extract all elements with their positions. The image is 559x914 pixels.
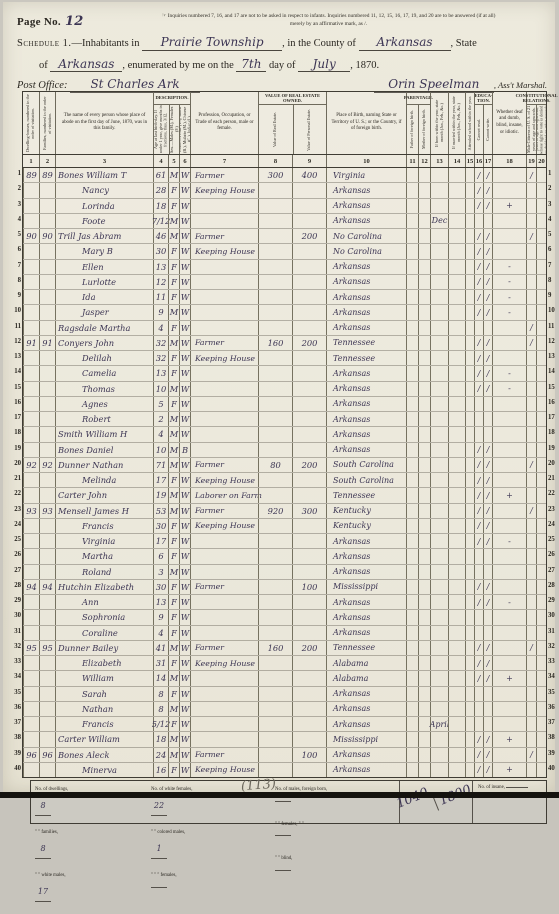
census-row: 34William14MWAlabama//+34 <box>23 671 546 686</box>
line-number-right: 38 <box>548 734 558 741</box>
married-month <box>448 305 465 319</box>
person-name: Dunner Bailey <box>55 641 153 655</box>
deaf-dumb-mark <box>492 687 526 701</box>
born-month <box>430 321 448 335</box>
line-number-right: 21 <box>548 475 558 482</box>
dwelling-number <box>23 214 39 228</box>
column-header-6: Color.—White (W.), Black (B.), Mulatto (… <box>179 105 190 154</box>
census-row: 17Robert2MWArkansas17 <box>23 412 546 427</box>
column-number: 3 <box>55 155 153 167</box>
line-number-left: 10 <box>12 307 21 314</box>
sex: M <box>168 412 179 426</box>
deaf-dumb-mark: - <box>492 595 526 609</box>
column-header-label: Cannot read. <box>477 119 482 140</box>
mother-foreign-mark <box>418 717 430 731</box>
dwelling-number <box>23 443 39 457</box>
age: 53 <box>153 504 168 518</box>
real-estate-value <box>258 443 292 457</box>
male-citizen-mark <box>526 382 536 396</box>
real-estate-value <box>258 260 292 274</box>
column-header-17: Cannot write. <box>483 105 492 154</box>
birthplace: Arkansas <box>326 626 406 640</box>
census-row: 16Agnes5FWArkansas16 <box>23 397 546 412</box>
deaf-dumb-mark <box>492 244 526 258</box>
deaf-dumb-mark <box>492 397 526 411</box>
color: W <box>179 656 190 670</box>
cannot-write-mark: / <box>483 351 492 365</box>
line-number-right: 35 <box>548 689 558 696</box>
line-number-left: 12 <box>12 338 21 345</box>
family-number <box>39 732 55 746</box>
birthplace: Arkansas <box>326 214 406 228</box>
real-estate-value <box>258 626 292 640</box>
census-row: 4Foote7/12MWArkansasDec4 <box>23 214 546 229</box>
personal-estate-value <box>292 412 326 426</box>
cannot-write-mark: / <box>483 443 492 457</box>
birthplace: Arkansas <box>326 443 406 457</box>
male-citizen-mark <box>526 519 536 533</box>
line-number-right: 29 <box>548 597 558 604</box>
person-name: Nathan <box>55 702 153 716</box>
age: 10 <box>153 382 168 396</box>
married-month <box>448 580 465 594</box>
school-mark <box>465 290 474 304</box>
census-row: 13Delilah32FWKeeping HouseTennessee//13 <box>23 351 546 366</box>
marshal-title: , Ass't Marshal. <box>494 80 547 90</box>
cannot-read-mark <box>474 702 483 716</box>
color: W <box>179 458 190 472</box>
person-name: Lurlotte <box>55 275 153 289</box>
column-header-label: Profession, Occupation, or Trade of each… <box>191 112 258 134</box>
father-foreign-mark <box>406 443 418 457</box>
family-number <box>39 610 55 624</box>
cannot-read-mark: / <box>474 488 483 502</box>
born-month <box>430 671 448 685</box>
born-month <box>430 763 448 777</box>
vote-denied-mark <box>536 549 546 563</box>
age: 8 <box>153 687 168 701</box>
married-month <box>448 427 465 441</box>
school-mark <box>465 412 474 426</box>
deaf-dumb-mark: + <box>492 763 526 777</box>
personal-estate-value <box>292 626 326 640</box>
father-foreign-mark <box>406 244 418 258</box>
family-number <box>39 321 55 335</box>
occupation: Farmer <box>190 458 258 472</box>
school-mark <box>465 488 474 502</box>
vote-denied-mark <box>536 290 546 304</box>
sex: M <box>168 732 179 746</box>
dwelling-number <box>23 687 39 701</box>
occupation: Keeping House <box>190 244 258 258</box>
deaf-dumb-mark <box>492 168 526 182</box>
male-citizen-mark <box>526 290 536 304</box>
column-header-20: Male Citizens of U. S. of 21 years of ag… <box>536 105 546 154</box>
born-month <box>430 366 448 380</box>
personal-estate-value <box>292 321 326 335</box>
census-row: 24Francis30FWKeeping HouseKentucky//24 <box>23 519 546 534</box>
dwelling-number <box>23 732 39 746</box>
column-group-label: PARENTAGE. <box>407 92 430 105</box>
cannot-read-mark: / <box>474 458 483 472</box>
age: 17 <box>153 534 168 548</box>
birthplace: Alabama <box>326 656 406 670</box>
married-month <box>448 443 465 457</box>
cannot-write-mark: / <box>483 275 492 289</box>
person-name: Thomas <box>55 382 153 396</box>
married-month <box>448 397 465 411</box>
dwelling-number <box>23 763 39 777</box>
real-estate-value <box>258 275 292 289</box>
father-foreign-mark <box>406 183 418 197</box>
cannot-read-mark <box>474 717 483 731</box>
occupation <box>190 671 258 685</box>
personal-estate-value <box>292 427 326 441</box>
color: W <box>179 748 190 762</box>
age: 9 <box>153 305 168 319</box>
page-number-line: Page No.12 <box>17 14 84 29</box>
cannot-read-mark: / <box>474 748 483 762</box>
line-number-left: 40 <box>12 765 21 772</box>
school-mark <box>465 351 474 365</box>
line-number-right: 34 <box>548 673 558 680</box>
vote-denied-mark <box>536 763 546 777</box>
line-number-right: 27 <box>548 567 558 574</box>
column-number: 17 <box>483 155 492 167</box>
born-month <box>430 565 448 579</box>
male-citizen-mark <box>526 549 536 563</box>
census-row: 209292Dunner Nathan71MWFarmer80200South … <box>23 458 546 473</box>
color: W <box>179 671 190 685</box>
cannot-write-mark: / <box>483 244 492 258</box>
column-header-label: Whether deaf and dumb, blind, insane, or… <box>493 109 526 137</box>
birthplace: Arkansas <box>326 199 406 213</box>
column-header-label: Place of Birth, naming State or Territor… <box>327 112 406 134</box>
sex: F <box>168 549 179 563</box>
line-number-left: 25 <box>12 536 21 543</box>
birthplace: Arkansas <box>326 595 406 609</box>
real-estate-value <box>258 565 292 579</box>
mother-foreign-mark <box>418 473 430 487</box>
born-month <box>430 702 448 716</box>
cannot-read-mark: / <box>474 275 483 289</box>
father-foreign-mark <box>406 412 418 426</box>
occupation <box>190 702 258 716</box>
color: W <box>179 473 190 487</box>
age: 46 <box>153 229 168 243</box>
family-number <box>39 260 55 274</box>
line-number-right: 9 <box>548 292 558 299</box>
age: 41 <box>153 641 168 655</box>
father-foreign-mark <box>406 473 418 487</box>
personal-estate-value <box>292 549 326 563</box>
dwelling-number: 94 <box>23 580 39 594</box>
note-line1: ☞ Inquiries numbered 7, 16, and 17 are n… <box>162 13 496 19</box>
school-mark <box>465 671 474 685</box>
married-month <box>448 244 465 258</box>
family-number <box>39 519 55 533</box>
line-number-right: 14 <box>548 368 558 375</box>
cannot-read-mark: / <box>474 671 483 685</box>
personal-estate-value <box>292 656 326 670</box>
birthplace: Arkansas <box>326 687 406 701</box>
column-number: 11 <box>406 155 418 167</box>
person-name: Nancy <box>55 183 153 197</box>
color: W <box>179 412 190 426</box>
vote-denied-mark <box>536 214 546 228</box>
school-mark <box>465 443 474 457</box>
line-number-right: 33 <box>548 658 558 665</box>
color: W <box>179 168 190 182</box>
mother-foreign-mark <box>418 610 430 624</box>
column-number: 16 <box>474 155 483 167</box>
born-month <box>430 412 448 426</box>
personal-estate-value <box>292 595 326 609</box>
mother-foreign-mark <box>418 519 430 533</box>
vote-denied-mark <box>536 305 546 319</box>
vote-denied-mark <box>536 565 546 579</box>
cannot-write-mark <box>483 397 492 411</box>
age: 4 <box>153 626 168 640</box>
family-number: 95 <box>39 641 55 655</box>
cannot-read-mark: / <box>474 595 483 609</box>
column-header-label: Dwelling-houses, numbered in the order o… <box>26 94 36 152</box>
state-value: Arkansas <box>58 57 114 71</box>
census-row: 15Thomas10MWArkansas//-15 <box>23 382 546 397</box>
cannot-read-mark: / <box>474 229 483 243</box>
birthplace: Tennessee <box>326 351 406 365</box>
married-month <box>448 549 465 563</box>
school-mark <box>465 595 474 609</box>
line-number-left: 30 <box>12 612 21 619</box>
dwelling-number: 95 <box>23 641 39 655</box>
column-number: 1 <box>23 155 39 167</box>
father-foreign-mark <box>406 687 418 701</box>
census-table: Dwelling-houses, numbered in the order o… <box>11 91 559 800</box>
column-number: 12 <box>418 155 430 167</box>
married-month <box>448 595 465 609</box>
father-foreign-mark <box>406 671 418 685</box>
person-name: Melinda <box>55 473 153 487</box>
person-name: Hutchin Elizabeth <box>55 580 153 594</box>
occupation <box>190 534 258 548</box>
birthplace: Arkansas <box>326 183 406 197</box>
sex: F <box>168 595 179 609</box>
deaf-dumb-mark <box>492 702 526 716</box>
occupation: Farmer <box>190 229 258 243</box>
column-number: 8 <box>258 155 292 167</box>
column-number: 13 <box>430 155 448 167</box>
birthplace: Mississippi <box>326 580 406 594</box>
dwelling-number <box>23 717 39 731</box>
person-name: Elizabeth <box>55 656 153 670</box>
real-estate-value <box>258 290 292 304</box>
birthplace: Arkansas <box>326 412 406 426</box>
census-row: 38Carter William18MWMississippi//+38 <box>23 732 546 747</box>
married-month <box>448 214 465 228</box>
family-number <box>39 763 55 777</box>
born-month <box>430 656 448 670</box>
cannot-read-mark <box>474 427 483 441</box>
occupation <box>190 732 258 746</box>
age: 17 <box>153 473 168 487</box>
deaf-dumb-mark: - <box>492 275 526 289</box>
age: 18 <box>153 732 168 746</box>
family-number <box>39 717 55 731</box>
occupation: Keeping House <box>190 519 258 533</box>
cannot-read-mark: / <box>474 382 483 396</box>
married-month <box>448 290 465 304</box>
column-header-10: Place of Birth, naming State or Territor… <box>326 92 406 154</box>
color: B <box>179 443 190 457</box>
cannot-write-mark: / <box>483 763 492 777</box>
cannot-write-mark: / <box>483 519 492 533</box>
sex: F <box>168 656 179 670</box>
color: W <box>179 305 190 319</box>
mother-foreign-mark <box>418 702 430 716</box>
cannot-write-mark: / <box>483 641 492 655</box>
deaf-dumb-mark <box>492 427 526 441</box>
line-number-right: 20 <box>548 460 558 467</box>
vote-denied-mark <box>536 183 546 197</box>
mother-foreign-mark <box>418 443 430 457</box>
person-name: Ida <box>55 290 153 304</box>
born-month <box>430 168 448 182</box>
father-foreign-mark <box>406 305 418 319</box>
cannot-read-mark: / <box>474 641 483 655</box>
family-number <box>39 687 55 701</box>
mother-foreign-mark <box>418 641 430 655</box>
birthplace: Arkansas <box>326 717 406 731</box>
color: W <box>179 626 190 640</box>
column-header-11: Father of foreign birth. <box>407 105 418 154</box>
born-month <box>430 382 448 396</box>
married-month <box>448 519 465 533</box>
father-foreign-mark <box>406 260 418 274</box>
deaf-dumb-mark <box>492 458 526 472</box>
line-number-left: 5 <box>12 231 21 238</box>
father-foreign-mark <box>406 458 418 472</box>
occupation: Farmer <box>190 580 258 594</box>
deaf-dumb-mark <box>492 504 526 518</box>
vote-denied-mark <box>536 641 546 655</box>
married-month <box>448 275 465 289</box>
line-number-left: 29 <box>12 597 21 604</box>
age: 19 <box>153 488 168 502</box>
census-row: 40Minerva16FWKeeping HouseArkansas//+40 <box>23 763 546 777</box>
real-estate-value: 920 <box>258 504 292 518</box>
schedule-text: , State <box>451 38 477 49</box>
line-number-right: 22 <box>548 490 558 497</box>
mother-foreign-mark <box>418 687 430 701</box>
school-mark <box>465 321 474 335</box>
personal-estate-value <box>292 732 326 746</box>
male-citizen-mark <box>526 397 536 411</box>
line-number-left: 22 <box>12 490 21 497</box>
birthplace: Arkansas <box>326 702 406 716</box>
father-foreign-mark <box>406 656 418 670</box>
real-estate-value <box>258 199 292 213</box>
line-number-left: 9 <box>12 292 21 299</box>
cannot-read-mark: / <box>474 366 483 380</box>
schedule-line: Schedule 1.—Inhabitants in Prairie Towns… <box>17 36 547 93</box>
census-row: 18Smith William H4MWArkansas18 <box>23 427 546 442</box>
family-number <box>39 382 55 396</box>
school-mark <box>465 183 474 197</box>
personal-estate-value: 300 <box>292 504 326 518</box>
column-header-label: Age at last birth-day. If under 1 year, … <box>154 105 168 154</box>
family-number <box>39 488 55 502</box>
census-row: 31Coraline4FWArkansas31 <box>23 626 546 641</box>
male-citizen-mark <box>526 671 536 685</box>
real-estate-value <box>258 687 292 701</box>
color: W <box>179 336 190 350</box>
personal-estate-value <box>292 610 326 624</box>
real-estate-value <box>258 732 292 746</box>
real-estate-value <box>258 351 292 365</box>
deaf-dumb-mark <box>492 321 526 335</box>
occupation: Keeping House <box>190 473 258 487</box>
male-citizen-mark: / <box>526 229 536 243</box>
birthplace: Kentucky <box>326 504 406 518</box>
birthplace: No Carolina <box>326 229 406 243</box>
cannot-read-mark <box>474 549 483 563</box>
father-foreign-mark <box>406 275 418 289</box>
real-estate-value: 80 <box>258 458 292 472</box>
vote-denied-mark <box>536 687 546 701</box>
mother-foreign-mark <box>418 732 430 746</box>
cannot-read-mark <box>474 610 483 624</box>
born-month: Dec <box>430 214 448 228</box>
married-month <box>448 687 465 701</box>
column-header-label: Value of Real Estate. <box>273 112 278 147</box>
age: 12 <box>153 275 168 289</box>
line-number-left: 27 <box>12 567 21 574</box>
person-name: Smith William H <box>55 427 153 441</box>
dwelling-number <box>23 305 39 319</box>
school-mark <box>465 626 474 640</box>
family-number <box>39 199 55 213</box>
line-number-left: 31 <box>12 628 21 635</box>
line-number-right: 23 <box>548 506 558 513</box>
census-row: 35Sarah8FWArkansas35 <box>23 687 546 702</box>
census-row: 26Martha6FWArkansas26 <box>23 549 546 564</box>
age: 13 <box>153 260 168 274</box>
birthplace: South Carolina <box>326 458 406 472</box>
sex: F <box>168 244 179 258</box>
vote-denied-mark <box>536 427 546 441</box>
column-header-12: Mother of foreign birth. <box>418 105 430 154</box>
cannot-write-mark <box>483 626 492 640</box>
dwelling-number <box>23 656 39 670</box>
born-month <box>430 580 448 594</box>
father-foreign-mark <box>406 229 418 243</box>
person-name: Lorinda <box>55 199 153 213</box>
birthplace: Arkansas <box>326 321 406 335</box>
vote-denied-mark <box>536 717 546 731</box>
census-row: 239393Mensell James H53MWFarmer920300Ken… <box>23 504 546 519</box>
real-estate-value: 300 <box>258 168 292 182</box>
male-citizen-mark <box>526 732 536 746</box>
dwelling-number <box>23 290 39 304</box>
mother-foreign-mark <box>418 412 430 426</box>
married-month <box>448 565 465 579</box>
column-header-label: Male Citizens of U. S. of 21 years of ag… <box>536 105 546 154</box>
mother-foreign-mark <box>418 504 430 518</box>
deaf-dumb-mark <box>492 626 526 640</box>
school-mark <box>465 275 474 289</box>
father-foreign-mark <box>406 397 418 411</box>
